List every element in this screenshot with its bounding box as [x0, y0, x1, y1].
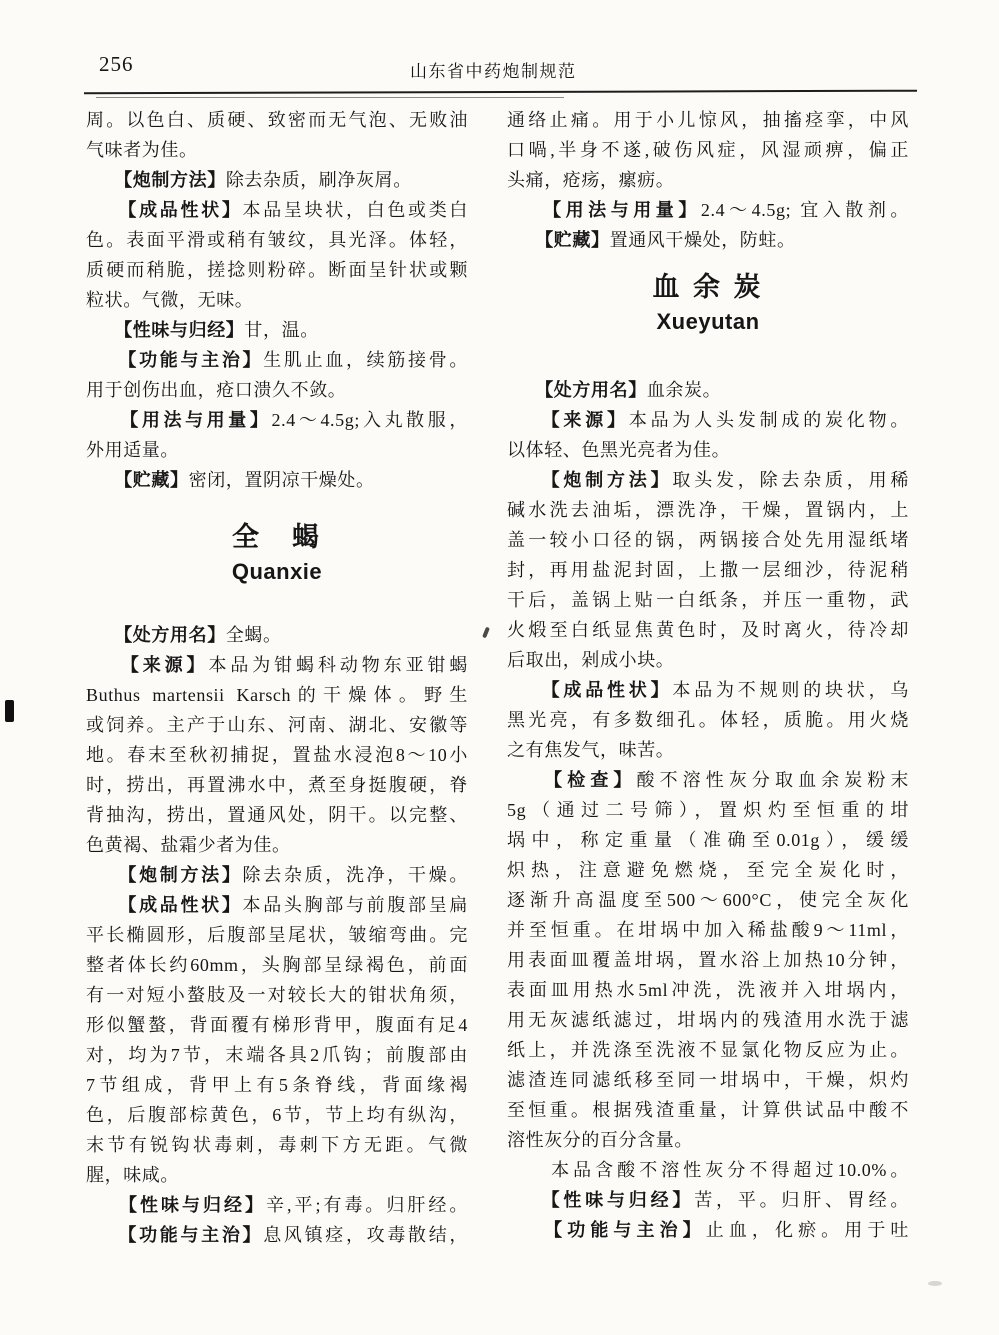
text-line: 滤渣连同滤纸移至同一坩埚中，干燥，炽灼	[507, 1065, 909, 1095]
text-line: 【性味与归经】甘，温。	[86, 315, 468, 345]
text-line: 腥，味咸。	[86, 1160, 468, 1190]
text-line: 【性味与归经】苦，平。归肝、胃经。	[507, 1185, 909, 1215]
text-line: 表面皿用热水5ml冲洗，洗液并入坩埚内，	[507, 975, 909, 1005]
text-line: 之有焦发气，味苦。	[507, 735, 909, 765]
scan-artifact-smudge	[928, 1281, 942, 1286]
left-column-top-lines: 周。以色白、质硬、致密而无气泡、无败油气味者为佳。 【炮制方法】除去杂质，刷净灰…	[86, 105, 468, 495]
text-line: 【检查】酸不溶性灰分取血余炭粉末	[507, 765, 909, 795]
text-line: 用无灰滤纸滤过，坩埚内的残渣用水洗于滤	[507, 1005, 909, 1035]
text-line: 逐渐升高温度至500～600°C，使完全灰化	[507, 885, 909, 915]
section-title-pinyin: Xueyutan	[507, 307, 909, 337]
text-line: 色。表面平滑或稍有皱纹，具光泽。体轻，	[86, 225, 468, 255]
text-line: 干后，盖锅上贴一白纸条，并压一重物，武	[507, 585, 909, 615]
text-line: 5g（通过二号筛），置炽灼至恒重的坩	[507, 795, 909, 825]
header-title: 山东省中药炮制规范	[410, 57, 577, 82]
scanned-book-page: 256 山东省中药炮制规范 周。以色白、质硬、致密而无气泡、无败油气味者为佳。 …	[0, 0, 999, 1335]
header-divider-ghost	[96, 97, 564, 98]
text-line: 用于创伤出血，疮口溃久不敛。	[86, 375, 468, 405]
section-title-chinese: 全 蝎	[86, 517, 468, 557]
text-line: 本品含酸不溶性灰分不得超过10.0%。	[507, 1155, 909, 1185]
text-line: 溶性灰分的百分含量。	[507, 1125, 909, 1155]
text-line: 形似蟹螯，背面覆有梯形背甲，腹面有足4	[86, 1010, 468, 1040]
text-line: 【成品性状】本品为不规则的块状，乌	[507, 675, 909, 705]
right-column-top-lines: 通络止痛。用于小儿惊风，抽搐痉挛，中风口喎,半身不遂,破伤风症，风湿顽痹，偏正头…	[507, 105, 909, 255]
text-line: 有一对短小螯肢及一对较长大的钳状角须，	[86, 980, 468, 1010]
text-line: 【功能与主治】止血，化瘀。用于吐	[507, 1215, 909, 1245]
text-line: 黑光亮，有多数细孔。体轻，质脆。用火烧	[507, 705, 909, 735]
text-line: 对，均为7节，末端各具2爪钩；前腹部由	[86, 1040, 468, 1070]
text-line: 【炮制方法】除去杂质，刷净灰屑。	[86, 165, 468, 195]
left-column: 周。以色白、质硬、致密而无气泡、无败油气味者为佳。 【炮制方法】除去杂质，刷净灰…	[86, 105, 468, 1250]
text-line: 【贮藏】密闭，置阴凉干燥处。	[86, 465, 468, 495]
text-line: 【用法与用量】2.4～4.5g; 宜入散剂。	[507, 195, 909, 225]
text-line: 【成品性状】本品头胸部与前腹部呈扁	[86, 890, 468, 920]
text-line: 【来源】本品为钳蝎科动物东亚钳蝎	[86, 650, 468, 680]
text-line: 盖一较小口径的锅，两锅接合处先用湿纸堵	[507, 525, 909, 555]
text-line: 色，后腹部棕黄色，6节，节上均有纵沟，	[86, 1100, 468, 1130]
text-line: 时，捞出，再置沸水中，煮至身挺腹硬，脊	[86, 770, 468, 800]
scan-artifact-speck	[482, 627, 490, 639]
header-divider	[84, 90, 917, 95]
text-line: 【炮制方法】取头发，除去杂质，用稀	[507, 465, 909, 495]
text-line: 碱水洗去油垢，漂洗净，干燥，置锅内，上	[507, 495, 909, 525]
text-line: 纸上，并洗涤至洗液不显氯化物反应为止。	[507, 1035, 909, 1065]
text-line: 【炮制方法】除去杂质，洗净，干燥。	[86, 860, 468, 890]
text-line: 粒状。气微，无味。	[86, 285, 468, 315]
text-line: 周。以色白、质硬、致密而无气泡、无败油	[86, 105, 468, 135]
scan-artifact-edge-mark	[5, 700, 14, 722]
text-line: 以体轻、色黑光亮者为佳。	[507, 435, 909, 465]
text-line: 【用法与用量】2.4～4.5g;入丸散服，	[86, 405, 468, 435]
text-line: 【处方用名】血余炭。	[507, 375, 909, 405]
section-title-pinyin: Quanxie	[86, 557, 468, 587]
text-line: 或饲养。主产于山东、河南、湖北、安徽等	[86, 710, 468, 740]
right-column-bottom-lines: 【处方用名】血余炭。 【来源】本品为人头发制成的炭化物。以体轻、色黑光亮者为佳。…	[507, 375, 909, 1245]
text-line: 并至恒重。在坩埚中加入稀盐酸9～11ml，	[507, 915, 909, 945]
text-line: 【功能与主治】息风镇痉，攻毒散结，	[86, 1220, 468, 1250]
text-line: 【贮藏】置通风干燥处，防蛀。	[507, 225, 909, 255]
text-line: 平长椭圆形，后腹部呈尾状，皱缩弯曲。完	[86, 920, 468, 950]
text-line: 外用适量。	[86, 435, 468, 465]
text-line: 【性味与归经】辛,平;有毒。归肝经。	[86, 1190, 468, 1220]
text-line: 至恒重。根据残渣重量，计算供试品中酸不	[507, 1095, 909, 1125]
section-header-quanxie: 全 蝎 Quanxie	[86, 495, 468, 620]
right-column: 通络止痛。用于小儿惊风，抽搐痉挛，中风口喎,半身不遂,破伤风症，风湿顽痹，偏正头…	[507, 105, 909, 1245]
text-line: 口喎,半身不遂,破伤风症，风湿顽痹，偏正	[507, 135, 909, 165]
text-line: 【处方用名】全蝎。	[86, 620, 468, 650]
text-line: 头痛，疮疡，瘰疬。	[507, 165, 909, 195]
text-line: 火煅至白纸显焦黄色时，及时离火，待冷却	[507, 615, 909, 645]
text-line: 7节组成，背甲上有5条脊线，背面缘褐	[86, 1070, 468, 1100]
text-line: 地。春末至秋初捕捉，置盐水浸泡8～10小	[86, 740, 468, 770]
text-line: 【来源】本品为人头发制成的炭化物。	[507, 405, 909, 435]
text-line: 背抽沟，捞出，置通风处，阴干。以完整、	[86, 800, 468, 830]
text-line: 后取出，剁成小块。	[507, 645, 909, 675]
text-line: 埚中，称定重量（准确至0.01g），缓缓	[507, 825, 909, 855]
section-header-xueyutan: 血 余 炭 Xueyutan	[507, 255, 909, 375]
text-line: 通络止痛。用于小儿惊风，抽搐痉挛，中风	[507, 105, 909, 135]
text-line: 末节有锐钩状毒刺，毒刺下方无距。气微	[86, 1130, 468, 1160]
text-line: 整者体长约60mm，头胸部呈绿褐色，前面	[86, 950, 468, 980]
page-number: 256	[99, 52, 134, 77]
section-title-chinese: 血 余 炭	[507, 267, 909, 307]
text-line: 气味者为佳。	[86, 135, 468, 165]
left-column-bottom-lines: 【处方用名】全蝎。 【来源】本品为钳蝎科动物东亚钳蝎Buthus martens…	[86, 620, 468, 1250]
text-line: 【成品性状】本品呈块状，白色或类白	[86, 195, 468, 225]
text-line: 【功能与主治】生肌止血，续筋接骨。	[86, 345, 468, 375]
text-line: 封，再用盐泥封固，上撒一层细沙，待泥稍	[507, 555, 909, 585]
text-line: 色黄褐、盐霜少者为佳。	[86, 830, 468, 860]
text-line: 质硬而稍脆，搓捻则粉碎。断面呈针状或颗	[86, 255, 468, 285]
text-line: 用表面皿覆盖坩埚，置水浴上加热10分钟，	[507, 945, 909, 975]
text-line: Buthus martensii Karsch的干燥体。野生	[86, 680, 468, 710]
text-line: 炽热，注意避免燃烧，至完全炭化时，	[507, 855, 909, 885]
